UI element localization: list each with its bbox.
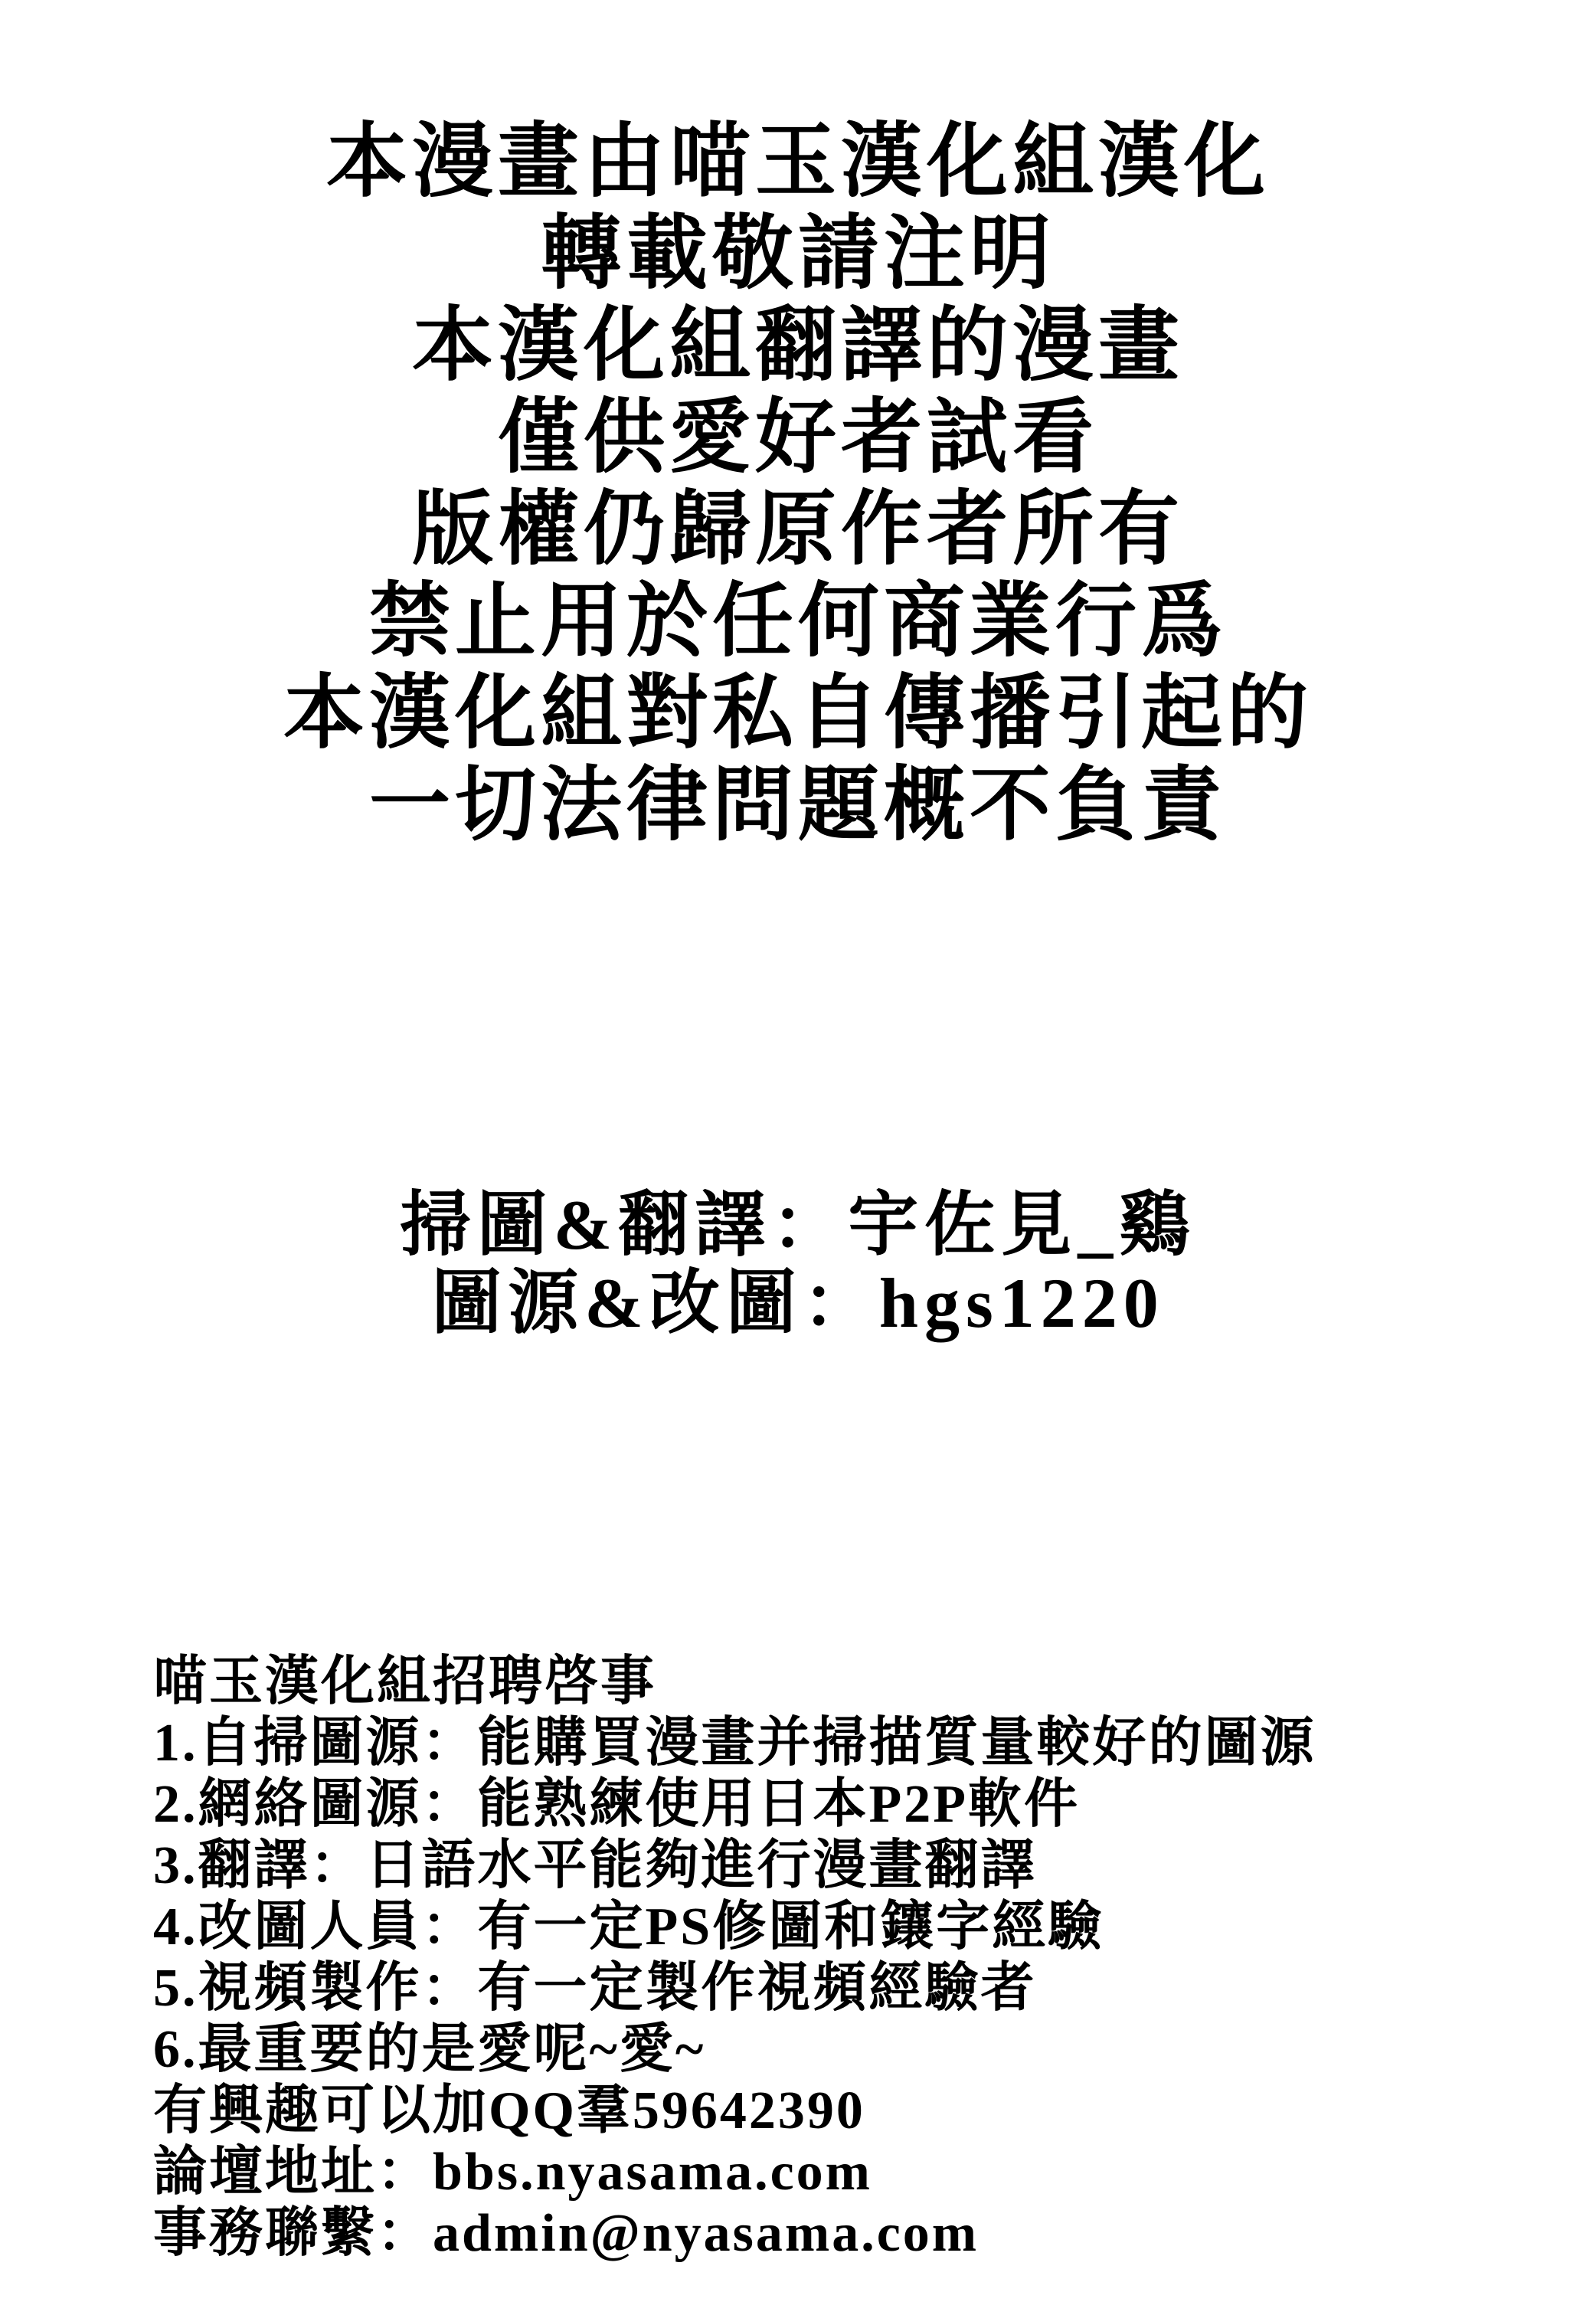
credits-block: 掃圖&翻譯：宇佐見_鷄 圖源&改圖：hgs1220: [0, 1186, 1596, 1342]
recruitment-line-admin-email: 事務聯繫：admin@nyasama.com: [153, 2203, 1316, 2264]
disclaimer-line: 禁止用於任何商業行爲: [0, 576, 1596, 668]
disclaimer-line: 僅供愛好者試看: [0, 392, 1596, 484]
disclaimer-line: 本漫畫由喵玉漢化組漢化: [0, 116, 1596, 208]
recruitment-line-editor: 4.改圖人員：有一定PS修圖和鑲字經驗: [153, 1897, 1316, 1958]
recruitment-line-love: 6.最重要的是愛呢~愛~: [153, 2019, 1316, 2081]
recruitment-line-self-scan: 1.自掃圖源：能購買漫畫并掃描質量較好的圖源: [153, 1713, 1316, 1774]
scanlation-credits-page: 本漫畫由喵玉漢化組漢化 轉載敬請注明 本漢化組翻譯的漫畫 僅供愛好者試看 版權仍…: [0, 0, 1596, 2315]
credits-line-source-edit: 圖源&改圖：hgs1220: [0, 1264, 1596, 1342]
disclaimer-line: 一切法律問題概不負責: [0, 760, 1596, 852]
disclaimer-block: 本漫畫由喵玉漢化組漢化 轉載敬請注明 本漢化組翻譯的漫畫 僅供愛好者試看 版權仍…: [0, 116, 1596, 852]
recruitment-line-forum-url: 論壇地址：bbs.nyasama.com: [153, 2142, 1316, 2203]
disclaimer-line: 本漢化組翻譯的漫畫: [0, 300, 1596, 392]
disclaimer-line: 版權仍歸原作者所有: [0, 484, 1596, 576]
recruitment-line-video: 5.視頻製作：有一定製作視頻經驗者: [153, 1958, 1316, 2019]
recruitment-line-translator: 3.翻譯：日語水平能夠進行漫畫翻譯: [153, 1835, 1316, 1897]
disclaimer-line: 本漢化組對私自傳播引起的: [0, 668, 1596, 760]
recruitment-title: 喵玉漢化組招聘啓事: [153, 1652, 1316, 1713]
recruitment-line-net-source: 2.網絡圖源：能熟練使用日本P2P軟件: [153, 1774, 1316, 1835]
credits-line-scan-translate: 掃圖&翻譯：宇佐見_鷄: [0, 1186, 1596, 1264]
recruitment-block: 喵玉漢化組招聘啓事 1.自掃圖源：能購買漫畫并掃描質量較好的圖源 2.網絡圖源：…: [153, 1652, 1316, 2264]
recruitment-line-qq-group: 有興趣可以加QQ羣59642390: [153, 2081, 1316, 2142]
disclaimer-line: 轉載敬請注明: [0, 208, 1596, 300]
